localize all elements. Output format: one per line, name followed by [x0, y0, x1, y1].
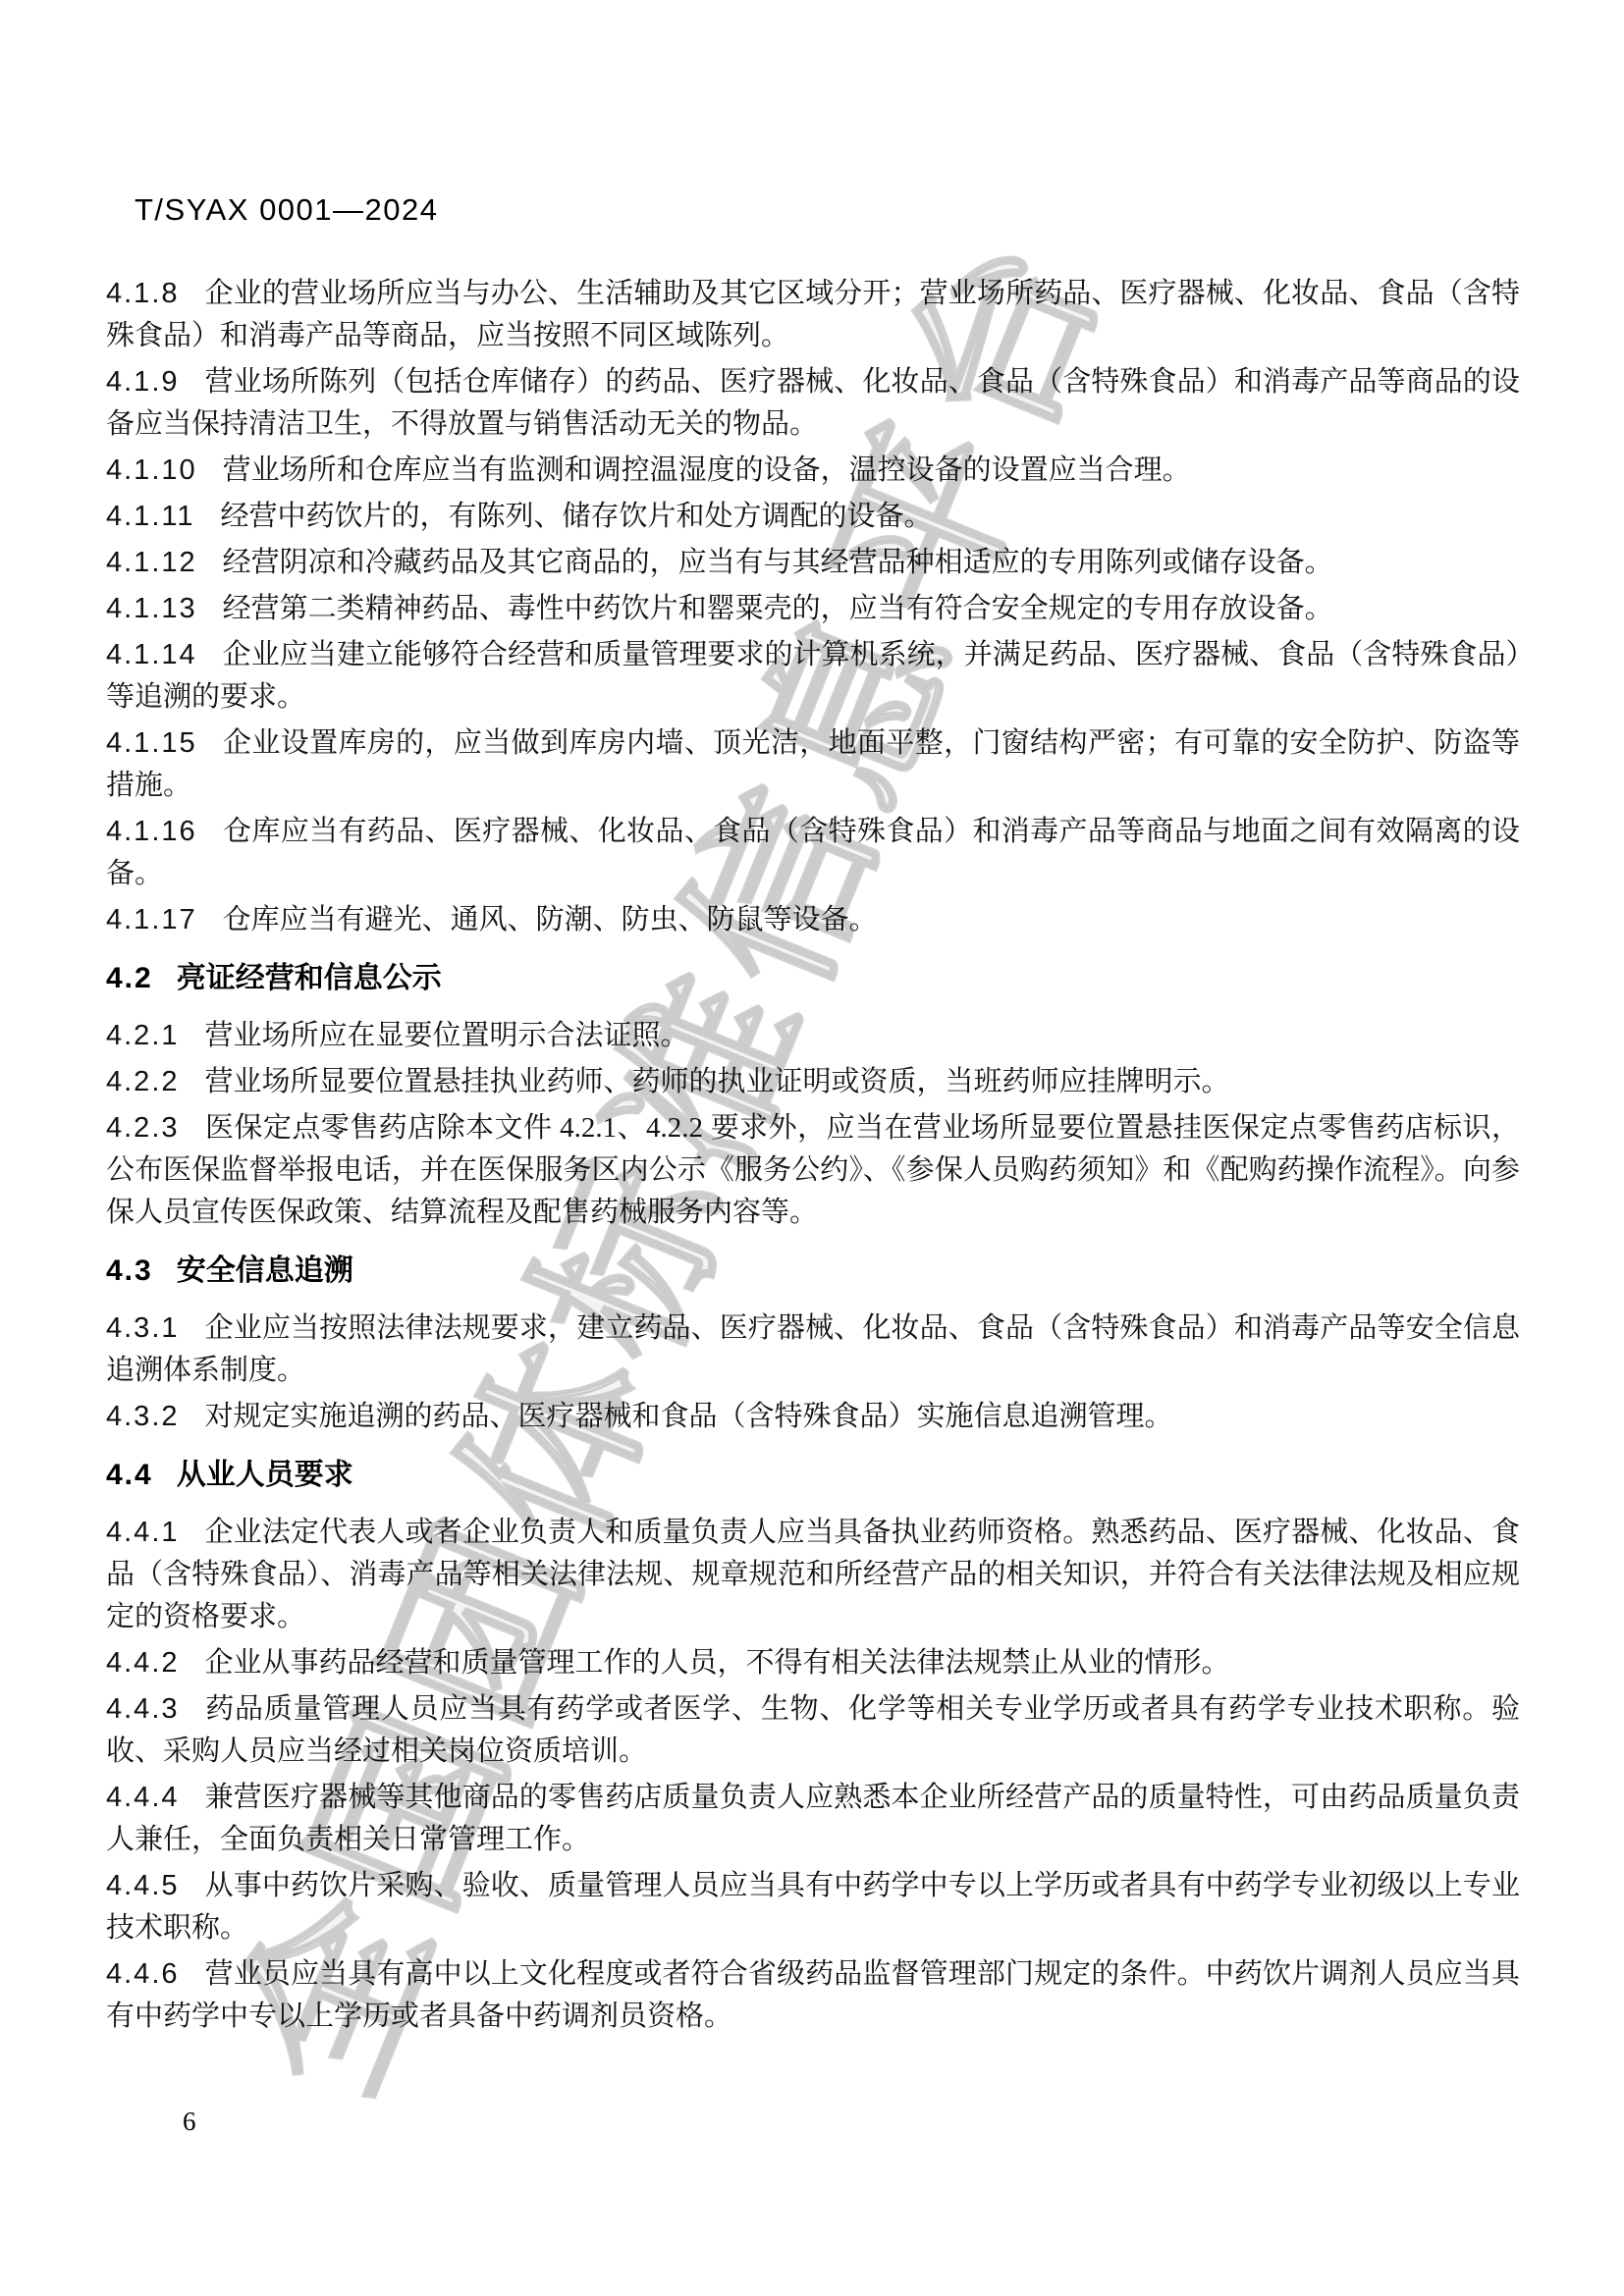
clause-4-1-17: 4.1.17仓库应当有避光、通风、防潮、防虫、防鼠等设备。	[106, 899, 1520, 941]
clause-4-3-1: 4.3.1企业应当按照法律法规要求，建立药品、医疗器械、化妆品、食品（含特殊食品…	[106, 1308, 1520, 1392]
clause-4-1-10: 4.1.10营业场所和仓库应当有监测和调控温湿度的设备，温控设备的设置应当合理。	[106, 450, 1520, 492]
clause-text: 药品质量管理人员应当具有药学或者医学、生物、化学等相关专业学历或者具有药学专业技…	[106, 1693, 1520, 1767]
clause-number: 4.1.15	[106, 727, 197, 759]
clause-4-2-1: 4.2.1营业场所应在显要位置明示合法证照。	[106, 1015, 1520, 1057]
clause-number: 4.4.2	[106, 1647, 180, 1679]
clause-4-1-16: 4.1.16仓库应当有药品、医疗器械、化妆品、食品（含特殊食品）和消毒产品等商品…	[106, 811, 1520, 895]
clause-4-1-9: 4.1.9营业场所陈列（包括仓库储存）的药品、医疗器械、化妆品、食品（含特殊食品…	[106, 361, 1520, 446]
clause-4-1-12: 4.1.12经营阴凉和冷藏药品及其它商品的，应当有与其经营品种相适应的专用陈列或…	[106, 542, 1520, 584]
clause-text: 营业场所和仓库应当有监测和调控温湿度的设备，温控设备的设置应当合理。	[223, 454, 1191, 486]
clause-4-4-2: 4.4.2企业从事药品经营和质量管理工作的人员，不得有相关法律法规禁止从业的情形…	[106, 1642, 1520, 1684]
clause-text: 营业场所显要位置悬挂执业药师、药师的执业证明或资质，当班药师应挂牌明示。	[205, 1066, 1230, 1097]
clause-number: 4.1.12	[106, 547, 197, 578]
document-body: 4.1.8企业的营业场所应当与办公、生活辅助及其它区域分开；营业场所药品、医疗器…	[106, 273, 1520, 2042]
clause-number: 4.1.8	[106, 278, 180, 309]
clause-number: 4.3.1	[106, 1312, 180, 1344]
section-heading-4-2: 4.2亮证经营和信息公示	[106, 957, 1520, 999]
clause-text: 企业设置库房的，应当做到库房内墙、顶光洁，地面平整，门窗结构严密；有可靠的安全防…	[106, 727, 1520, 801]
heading-number: 4.3	[106, 1255, 153, 1287]
clause-4-1-11: 4.1.11经营中药饮片的，有陈列、储存饮片和处方调配的设备。	[106, 496, 1520, 538]
clause-number: 4.4.3	[106, 1693, 180, 1725]
clause-4-4-1: 4.4.1企业法定代表人或者企业负责人和质量负责人应当具备执业药师资格。熟悉药品…	[106, 1512, 1520, 1638]
clause-4-1-15: 4.1.15企业设置库房的，应当做到库房内墙、顶光洁，地面平整，门窗结构严密；有…	[106, 722, 1520, 807]
clause-text: 仓库应当有药品、医疗器械、化妆品、食品（含特殊食品）和消毒产品等商品与地面之间有…	[106, 816, 1520, 889]
clause-number: 4.3.2	[106, 1401, 180, 1432]
clause-text: 对规定实施追溯的药品、医疗器械和食品（含特殊食品）实施信息追溯管理。	[205, 1401, 1173, 1432]
clause-text: 仓库应当有避光、通风、防潮、防虫、防鼠等设备。	[223, 904, 878, 935]
clause-text: 医保定点零售药店除本文件 4.2.1、4.2.2 要求外，应当在营业场所显要位置…	[106, 1112, 1520, 1228]
clause-text: 营业员应当具有高中以上文化程度或者符合省级药品监督管理部门规定的条件。中药饮片调…	[106, 1958, 1520, 2032]
clause-number: 4.2.3	[106, 1112, 180, 1144]
clause-text: 企业应当建立能够符合经营和质量管理要求的计算机系统，并满足药品、医疗器械、食品（…	[106, 639, 1520, 713]
clause-number: 4.4.4	[106, 1782, 180, 1813]
clause-4-4-4: 4.4.4兼营医疗器械等其他商品的零售药店质量负责人应熟悉本企业所经营产品的质量…	[106, 1777, 1520, 1861]
clause-number: 4.2.2	[106, 1066, 180, 1097]
page-number: 6	[183, 2107, 196, 2137]
clause-text: 经营阴凉和冷藏药品及其它商品的，应当有与其经营品种相适应的专用陈列或储存设备。	[223, 547, 1333, 578]
standard-number-header: T/SYAX 0001—2024	[135, 192, 439, 228]
heading-text: 安全信息追溯	[177, 1255, 353, 1287]
clause-text: 企业法定代表人或者企业负责人和质量负责人应当具备执业药师资格。熟悉药品、医疗器械…	[106, 1517, 1520, 1632]
clause-number: 4.1.14	[106, 639, 197, 670]
clause-number: 4.1.17	[106, 904, 197, 935]
clause-number: 4.2.1	[106, 1020, 180, 1051]
clause-number: 4.1.13	[106, 593, 197, 624]
heading-number: 4.4	[106, 1459, 153, 1491]
clause-number: 4.1.16	[106, 816, 197, 847]
clause-number: 4.4.1	[106, 1517, 180, 1548]
clause-number: 4.4.5	[106, 1870, 180, 1901]
clause-number: 4.1.9	[106, 366, 180, 398]
heading-number: 4.2	[106, 962, 153, 994]
clause-text: 企业的营业场所应当与办公、生活辅助及其它区域分开；营业场所药品、医疗器械、化妆品…	[106, 278, 1520, 351]
clause-4-2-2: 4.2.2营业场所显要位置悬挂执业药师、药师的执业证明或资质，当班药师应挂牌明示…	[106, 1061, 1520, 1103]
clause-4-4-3: 4.4.3药品质量管理人员应当具有药学或者医学、生物、化学等相关专业学历或者具有…	[106, 1688, 1520, 1773]
clause-text: 营业场所应在显要位置明示合法证照。	[205, 1020, 689, 1051]
clause-4-3-2: 4.3.2对规定实施追溯的药品、医疗器械和食品（含特殊食品）实施信息追溯管理。	[106, 1396, 1520, 1438]
heading-text: 亮证经营和信息公示	[177, 962, 442, 994]
section-heading-4-3: 4.3安全信息追溯	[106, 1250, 1520, 1292]
heading-text: 从业人员要求	[177, 1459, 353, 1491]
section-heading-4-4: 4.4从业人员要求	[106, 1454, 1520, 1496]
clause-4-1-13: 4.1.13经营第二类精神药品、毒性中药饮片和罂粟壳的，应当有符合安全规定的专用…	[106, 588, 1520, 630]
clause-4-4-6: 4.4.6营业员应当具有高中以上文化程度或者符合省级药品监督管理部门规定的条件。…	[106, 1953, 1520, 2038]
clause-number: 4.1.11	[106, 501, 194, 532]
clause-4-4-5: 4.4.5从事中药饮片采购、验收、质量管理人员应当具有中药学中专以上学历或者具有…	[106, 1865, 1520, 1949]
clause-4-2-3: 4.2.3医保定点零售药店除本文件 4.2.1、4.2.2 要求外，应当在营业场…	[106, 1107, 1520, 1234]
document-page: 全国团体标准信息平台 T/SYAX 0001—2024 4.1.8企业的营业场所…	[0, 0, 1624, 2296]
clause-text: 营业场所陈列（包括仓库储存）的药品、医疗器械、化妆品、食品（含特殊食品）和消毒产…	[106, 366, 1520, 440]
clause-text: 兼营医疗器械等其他商品的零售药店质量负责人应熟悉本企业所经营产品的质量特性，可由…	[106, 1782, 1520, 1855]
clause-4-1-8: 4.1.8企业的营业场所应当与办公、生活辅助及其它区域分开；营业场所药品、医疗器…	[106, 273, 1520, 357]
clause-4-1-14: 4.1.14企业应当建立能够符合经营和质量管理要求的计算机系统，并满足药品、医疗…	[106, 634, 1520, 719]
clause-text: 从事中药饮片采购、验收、质量管理人员应当具有中药学中专以上学历或者具有中药学专业…	[106, 1870, 1520, 1944]
clause-text: 经营第二类精神药品、毒性中药饮片和罂粟壳的，应当有符合安全规定的专用存放设备。	[223, 593, 1333, 624]
clause-number: 4.1.10	[106, 454, 197, 486]
clause-text: 经营中药饮片的，有陈列、储存饮片和处方调配的设备。	[220, 501, 932, 532]
clause-number: 4.4.6	[106, 1958, 180, 1990]
clause-text: 企业从事药品经营和质量管理工作的人员，不得有相关法律法规禁止从业的情形。	[205, 1647, 1230, 1679]
clause-text: 企业应当按照法律法规要求，建立药品、医疗器械、化妆品、食品（含特殊食品）和消毒产…	[106, 1312, 1520, 1386]
